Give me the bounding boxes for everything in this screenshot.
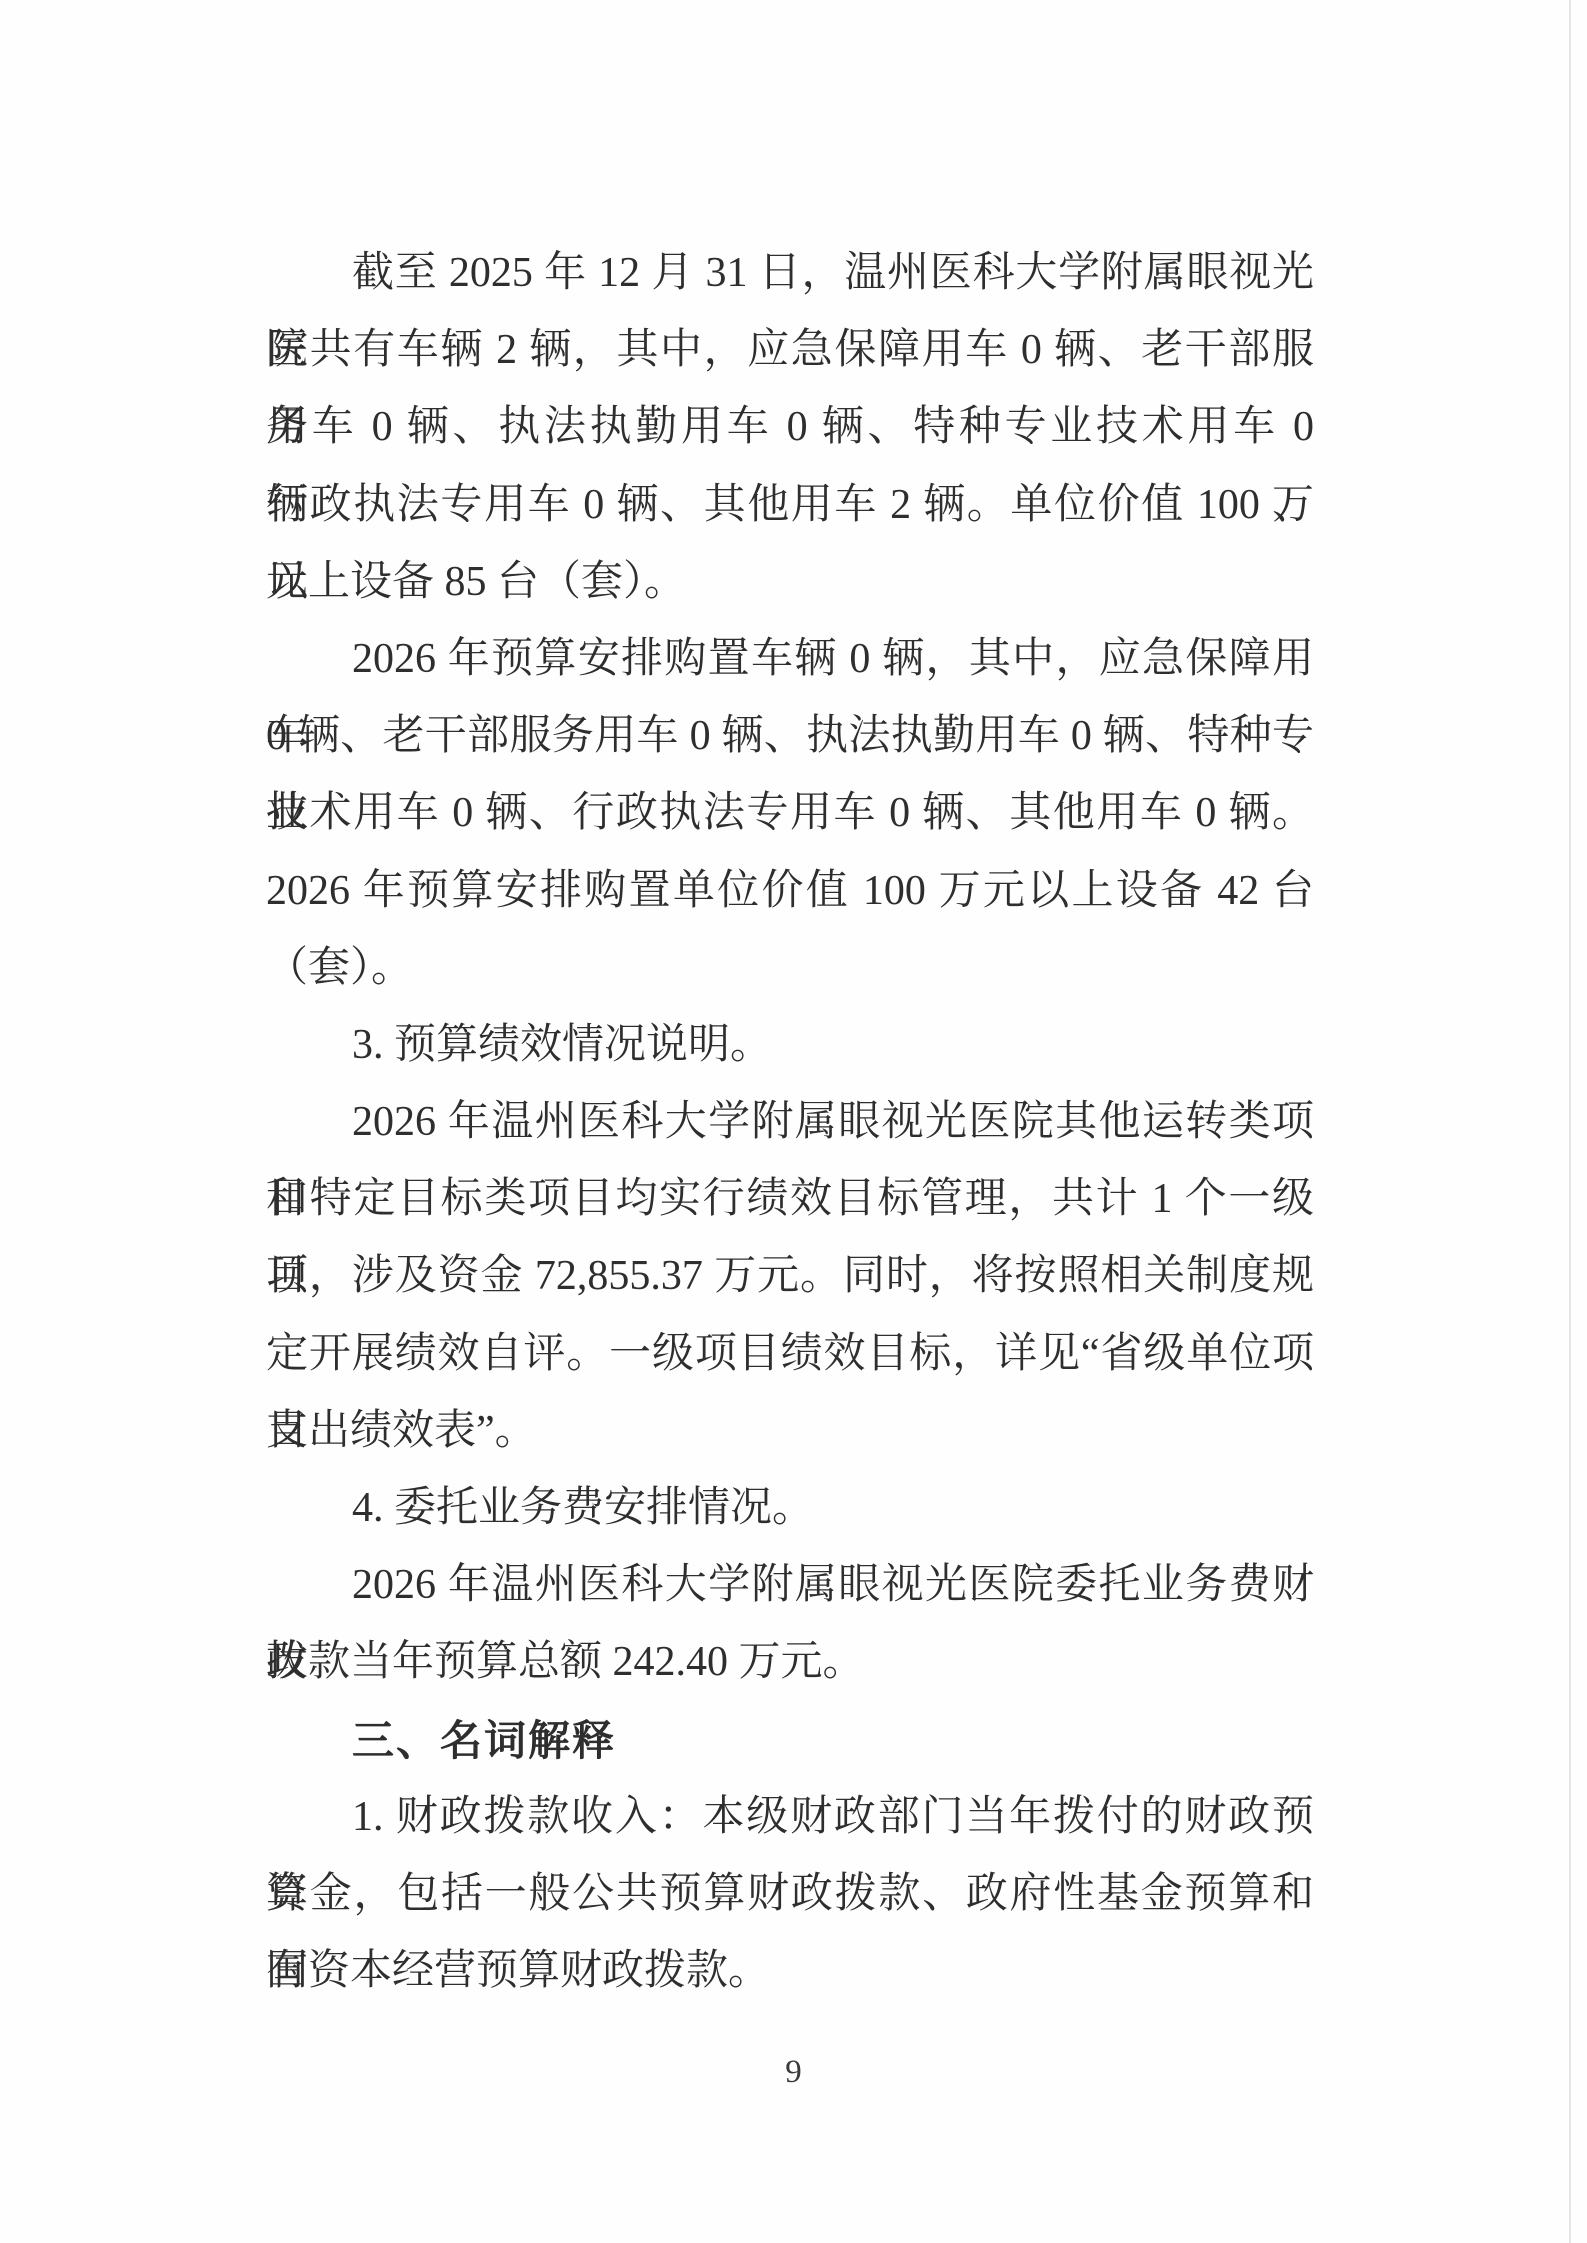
document-body: 截至 2025 年 12 月 31 日，温州医科大学附属眼视光医院共有车辆 2 … (266, 235, 1314, 2010)
text-line: 和特定目标类项目均实行绩效目标管理，共计 1 个一级项 (266, 1161, 1314, 1238)
text-line: 三、名词解释 (266, 1702, 1314, 1779)
text-line: 技术用车 0 辆、行政执法专用车 0 辆、其他用车 0 辆。 (266, 775, 1314, 852)
text-line: 3. 预算绩效情况说明。 (266, 1007, 1314, 1084)
text-line: 2026 年温州医科大学附属眼视光医院其他运转类项目 (266, 1084, 1314, 1161)
text-line: 0 辆、老干部服务用车 0 辆、执法执勤用车 0 辆、特种专业 (266, 698, 1314, 775)
text-line: 行政执法专用车 0 辆、其他用车 2 辆。单位价值 100 万元 (266, 467, 1314, 544)
page-number: 9 (0, 2050, 1587, 2094)
text-line: 有资本经营预算财政拨款。 (266, 1933, 1314, 2010)
text-line: 定开展绩效自评。一级项目绩效目标，详见“省级单位项目 (266, 1316, 1314, 1393)
text-line: 2026 年温州医科大学附属眼视光医院委托业务费财政 (266, 1547, 1314, 1624)
text-line: 用车 0 辆、执法执勤用车 0 辆、特种专业技术用车 0 辆、 (266, 389, 1314, 466)
text-line: 1. 财政拨款收入：本级财政部门当年拨付的财政预算 (266, 1779, 1314, 1856)
text-line: 4. 委托业务费安排情况。 (266, 1470, 1314, 1547)
text-line: 资金，包括一般公共预算财政拨款、政府性基金预算和国 (266, 1856, 1314, 1933)
text-line: 2026 年预算安排购置单位价值 100 万元以上设备 42 台 (266, 853, 1314, 930)
text-line: 拨款当年预算总额 242.40 万元。 (266, 1624, 1314, 1701)
text-line: 支出绩效表”。 (266, 1393, 1314, 1470)
text-line: 院共有车辆 2 辆，其中，应急保障用车 0 辆、老干部服务 (266, 312, 1314, 389)
document-page: 截至 2025 年 12 月 31 日，温州医科大学附属眼视光医院共有车辆 2 … (0, 0, 1587, 2243)
scan-edge-artifact (1569, 0, 1571, 2243)
text-line: 2026 年预算安排购置车辆 0 辆，其中，应急保障用车 (266, 621, 1314, 698)
text-line: 目，涉及资金 72,855.37 万元。同时，将按照相关制度规 (266, 1238, 1314, 1315)
text-line: （套）。 (266, 930, 1314, 1007)
text-line: 截至 2025 年 12 月 31 日，温州医科大学附属眼视光医 (266, 235, 1314, 312)
text-line: 以上设备 85 台（套）。 (266, 544, 1314, 621)
